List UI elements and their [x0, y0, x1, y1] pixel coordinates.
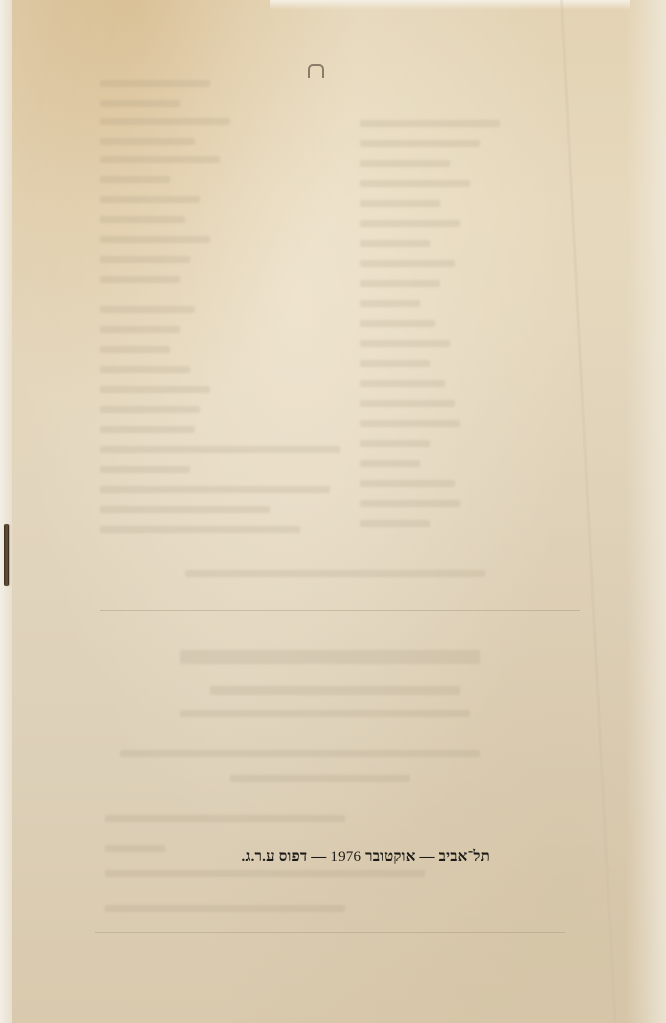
staple-icon [4, 524, 9, 586]
imprint-printer: דפוס ע.ר.ג. [242, 849, 308, 865]
show-through-rule-top [100, 610, 580, 611]
show-through-rule-bottom [95, 932, 565, 933]
faint-top-mark [308, 64, 324, 78]
imprint-city: תל־אביב [439, 849, 490, 865]
imprint-month: אוקטובר [365, 849, 415, 865]
imprint-year: 1976 [330, 849, 361, 865]
paper-fold [560, 0, 617, 1022]
paper-left-edge [0, 0, 12, 1023]
paper-top-edge [270, 0, 630, 10]
show-through-footer-line [185, 570, 485, 577]
document-photo: תל־אביב — אוקטובר 1976 — דפוס ע.ר.ג. [0, 0, 666, 1023]
paper-right-edge [626, 0, 666, 1023]
imprint-line: תל־אביב — אוקטובר 1976 — דפוס ע.ר.ג. [170, 849, 490, 866]
